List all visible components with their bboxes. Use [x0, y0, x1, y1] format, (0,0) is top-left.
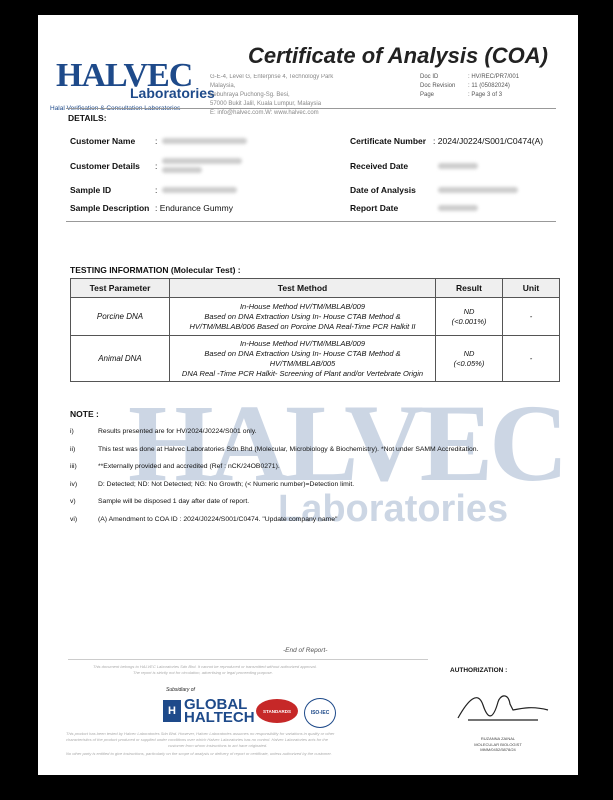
col-result: Result — [436, 279, 503, 298]
col-unit: Unit — [503, 279, 560, 298]
report-date-redacted — [438, 205, 478, 211]
disclaimer-bottom-2: characteristics of the product produced … — [66, 737, 328, 742]
customer-name-redacted — [162, 138, 247, 144]
note-item: iv)D: Detected; ND: Not Detected; NG: No… — [70, 481, 560, 499]
footer-divider — [68, 659, 428, 660]
test-parameter-cell: Porcine DNA — [71, 298, 170, 336]
note-heading: NOTE : — [70, 409, 99, 419]
disclaimer-top-1: This document belongs to HALVEC Laborato… — [93, 664, 317, 669]
customer-details-redacted — [162, 158, 242, 164]
result-cell: ND (<0.001%) — [436, 298, 503, 336]
sample-id-redacted — [162, 187, 237, 193]
customer-name-label: Customer Name — [70, 136, 135, 146]
certificate-number-label: Certificate Number — [350, 136, 426, 146]
received-date-label: Received Date — [350, 161, 408, 171]
unit-cell: - — [503, 336, 560, 382]
note-item: iii)**Externally provided and accredited… — [70, 463, 560, 481]
authorization-label: AUTHORIZATION : — [450, 667, 507, 674]
screen-top-strip — [0, 0, 613, 15]
signature-icon — [438, 680, 558, 730]
results-table: Test Parameter Test Method Result Unit P… — [70, 278, 560, 382]
unit-cell: - — [503, 298, 560, 336]
sample-description-label: Sample Description — [70, 203, 149, 213]
document-info: Doc ID: HV/REC/PR7/001 Doc Revision: 11 … — [420, 73, 519, 100]
date-of-analysis-redacted — [438, 187, 518, 193]
halvec-logo: HALVEC Laboratories Halal Verification &… — [56, 43, 216, 103]
disclaimer-bottom-3: customer from whom instructions to act h… — [168, 743, 267, 748]
standards-badge-icon: STANDARDS — [256, 699, 298, 723]
report-date-label: Report Date — [350, 203, 398, 213]
document-title: Certificate of Analysis (COA) — [248, 43, 548, 69]
note-item: ii)This test was done at Halvec Laborato… — [70, 446, 560, 464]
result-cell: ND (<0.05%) — [436, 336, 503, 382]
company-address: G-E-4, Level G, Enterprise 4, Technology… — [210, 73, 360, 118]
end-of-report: -End of Report- — [283, 647, 327, 654]
note-item: v)Sample will be disposed 1 day after da… — [70, 498, 560, 516]
col-test-method: Test Method — [170, 279, 436, 298]
col-test-parameter: Test Parameter — [71, 279, 170, 298]
iso-iec-badge-icon: ISO-IEC — [304, 698, 336, 728]
coa-document-page: HALVEC Laboratories HALVEC Laboratories … — [38, 15, 578, 775]
sample-id-label: Sample ID — [70, 185, 111, 195]
note-item: i)Results presented are for HV/2024/J022… — [70, 428, 560, 446]
disclaimer-bottom-1: This product has been tested by Halvec L… — [66, 731, 334, 736]
header-divider — [66, 108, 556, 109]
customer-details-label: Customer Details — [70, 161, 140, 171]
sample-description-value: Endurance Gummy — [160, 203, 233, 213]
table-row: Porcine DNA In-House Method HV/TM/MBLAB/… — [71, 298, 560, 336]
subsidiary-label: Subsidiary of — [166, 687, 195, 693]
table-row: Animal DNA In-House Method HV/TM/MBLAB/0… — [71, 336, 560, 382]
haltech-mark-icon: H — [163, 700, 181, 722]
signatory-info: RUZANNA ZAINAL MOLECULAR BIOLOGIST MMM/0… — [436, 736, 560, 753]
disclaimer-top-2: The report is strictly not for circulati… — [133, 670, 273, 675]
details-divider — [66, 221, 556, 222]
received-date-redacted — [438, 163, 478, 169]
details-heading: DETAILS: — [68, 113, 107, 123]
disclaimer-bottom-4: No other party is entitled to give instr… — [66, 751, 332, 756]
test-parameter-cell: Animal DNA — [71, 336, 170, 382]
global-haltech-logo: H GLOBAL HALTECH — [163, 698, 255, 724]
notes-list: i)Results presented are for HV/2024/J022… — [70, 428, 560, 533]
logo-sub-text: Laboratories — [130, 85, 215, 101]
note-item: vi)(A) Amendment to COA ID : 2024/J0224/… — [70, 516, 560, 534]
date-of-analysis-label: Date of Analysis — [350, 185, 416, 195]
testing-info-heading: TESTING INFORMATION (Molecular Test) : — [70, 265, 241, 275]
test-method-cell: In-House Method HV/TM/MBLAB/009 Based on… — [170, 298, 436, 336]
certificate-number-value: 2024/J0224/S001/C0474(A) — [438, 136, 543, 146]
test-method-cell: In-House Method HV/TM/MBLAB/009 Based on… — [170, 336, 436, 382]
